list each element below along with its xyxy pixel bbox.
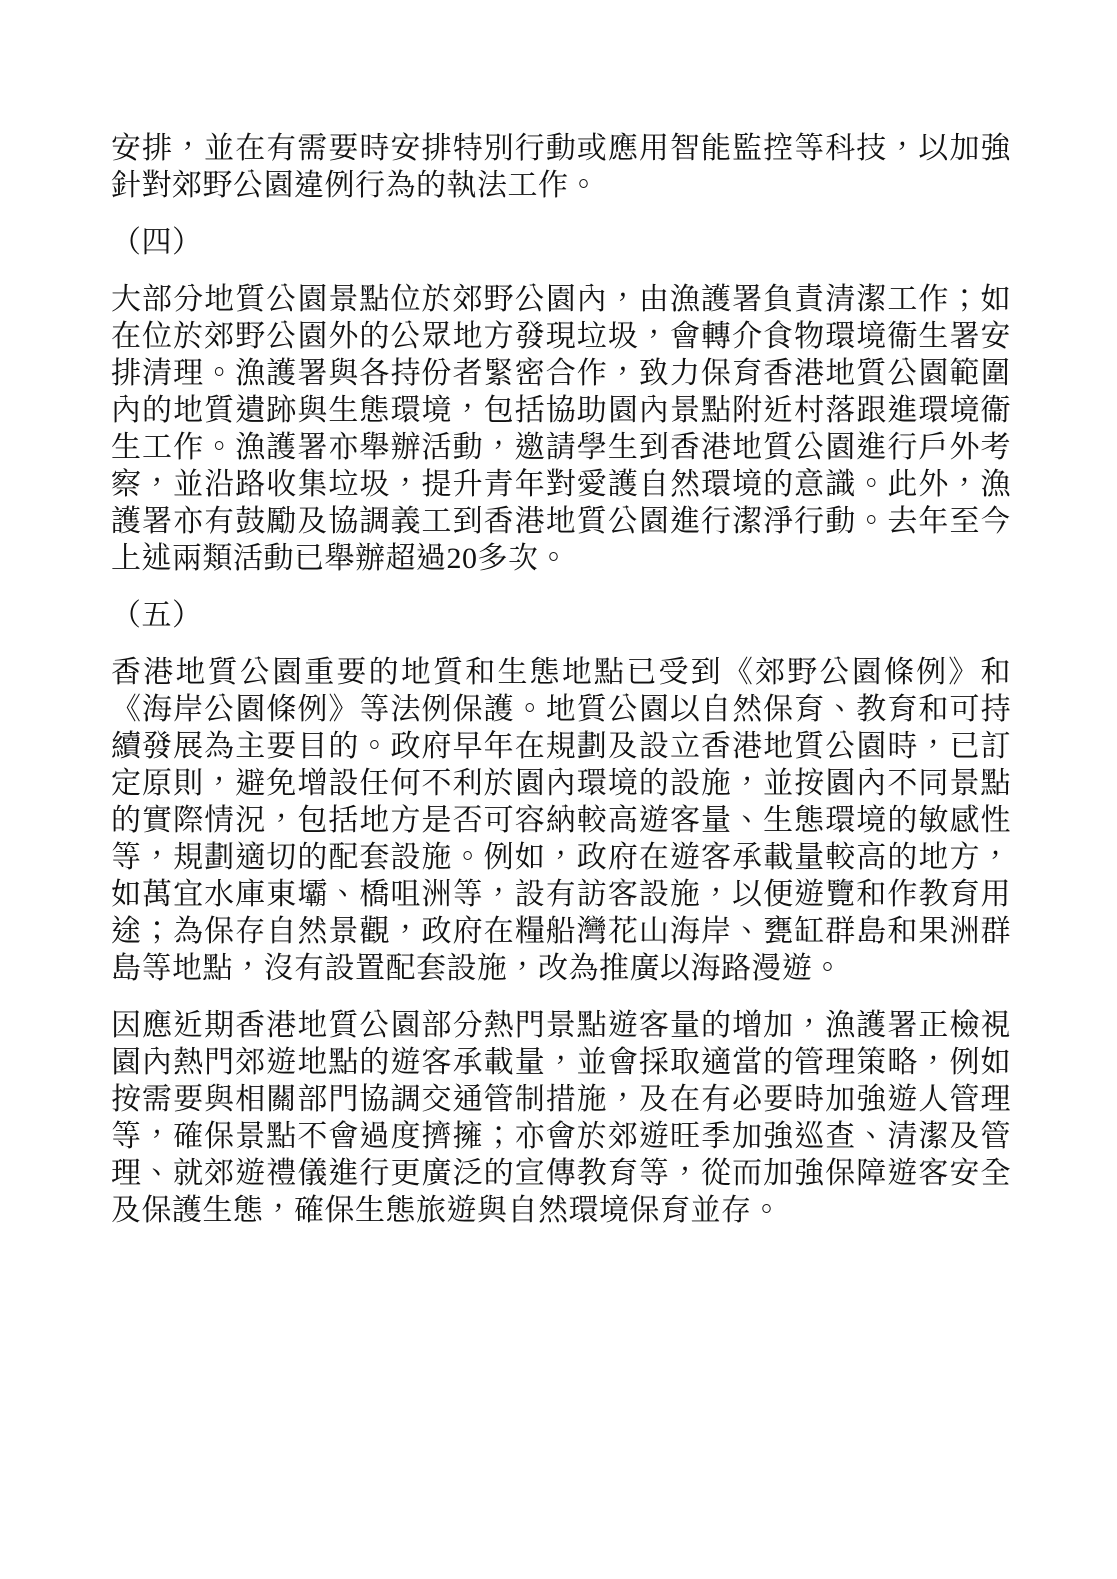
paragraph-section-4-body: 大部分地質公園景點位於郊野公園內，由漁護署負責清潔工作；如在位於郊野公園外的公眾… (111, 281, 1011, 577)
document-text-block: 安排，並在有需要時安排特別行動或應用智能監控等科技，以加強針對郊野公園違例行為的… (111, 130, 1011, 1249)
section-heading-5: （五） (111, 597, 1011, 634)
paragraph-section-5-body-1: 香港地質公園重要的地質和生態地點已受到《郊野公園條例》和《海岸公園條例》等法例保… (111, 654, 1011, 987)
paragraph-continuation: 安排，並在有需要時安排特別行動或應用智能監控等科技，以加強針對郊野公園違例行為的… (111, 130, 1011, 204)
section-heading-4: （四） (111, 224, 1011, 261)
paragraph-section-5-body-2: 因應近期香港地質公園部分熱門景點遊客量的增加，漁護署正檢視園內熱門郊遊地點的遊客… (111, 1007, 1011, 1229)
document-page: 安排，並在有需要時安排特別行動或應用智能監控等科技，以加強針對郊野公園違例行為的… (0, 0, 1117, 1579)
